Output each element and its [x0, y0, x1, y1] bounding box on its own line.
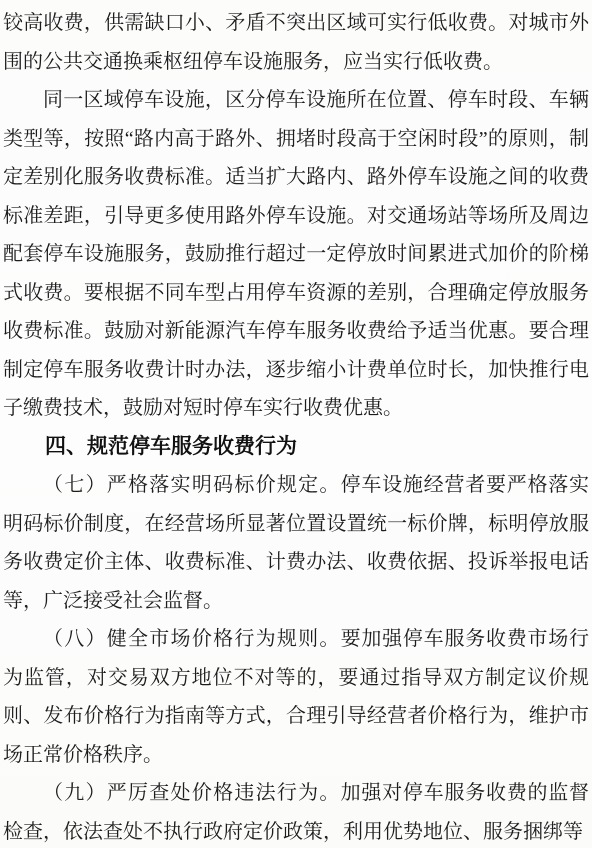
paragraph-continuation: 铰高收费，供需缺口小、矛盾不突出区域可实行低收费。对城市外围的公共交通换乘枢纽停… [3, 4, 589, 81]
clause-eight-lead: （八）健全市场价格行为规则。 [43, 628, 341, 650]
paragraph-differentiated-pricing: 同一区域停车设施，区分停车设施所在位置、停车时段、车辆类型等，按照“路内高于路外… [3, 81, 589, 428]
clause-seven: （七）严格落实明码标价规定。停车设施经营者要严格落实明码标价制度，在经营场所显著… [3, 466, 589, 620]
paragraph-text: 同一区域停车设施，区分停车设施所在位置、停车时段、车辆类型等，按照“路内高于路外… [3, 89, 589, 419]
clause-nine: （九）严厉查处价格违法行为。加强对停车服务收费的监督检查，依法查处不执行政府定价… [3, 774, 589, 848]
clause-seven-lead: （七）严格落实明码标价规定。 [43, 474, 341, 496]
document-page: 铰高收费，供需缺口小、矛盾不突出区域可实行低收费。对城市外围的公共交通换乘枢纽停… [0, 0, 592, 848]
paragraph-text: 铰高收费，供需缺口小、矛盾不突出区域可实行低收费。对城市外围的公共交通换乘枢纽停… [3, 12, 589, 73]
clause-eight: （八）健全市场价格行为规则。要加强停车服务收费市场行为监管，对交易双方地位不对等… [3, 620, 589, 774]
clause-nine-lead: （九）严厉查处价格违法行为。 [43, 782, 341, 804]
section-heading: 四、规范停车服务收费行为 [3, 428, 589, 467]
